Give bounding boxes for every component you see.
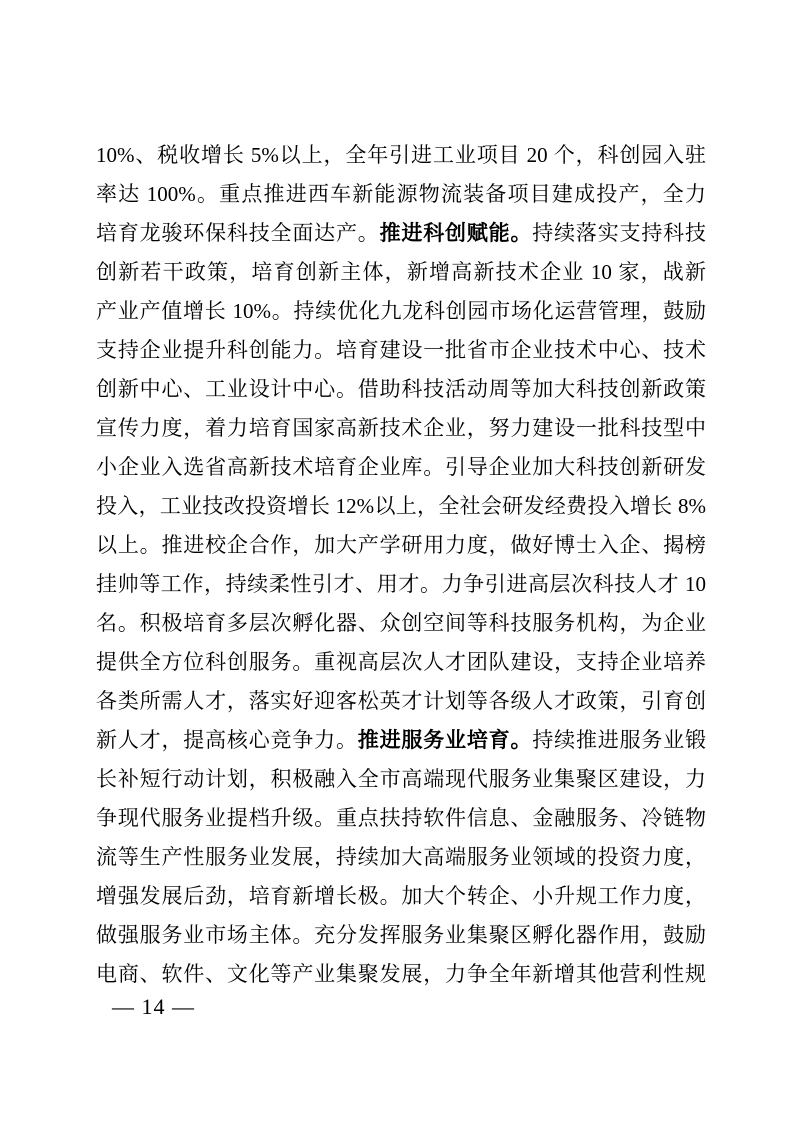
text-run: 名。积极培育多层次孵化器、众创空间等科技服务机构，为企业: [96, 611, 706, 635]
text-line: 提供全方位科创服务。重视高层次人才团队建设，支持企业培养: [96, 643, 706, 682]
text-line: 挂帅等工作，持续柔性引才、用才。力争引进高层次科技人才 10: [96, 565, 706, 604]
text-line: 名。积极培育多层次孵化器、众创空间等科技服务机构，为企业: [96, 604, 706, 643]
text-line: 以上。推进校企合作，加大产学研用力度，做好博士入企、揭榜: [96, 526, 706, 565]
text-run: 流等生产性服务业发展，持续加大高端服务业领域的投资力度，: [96, 845, 706, 869]
text-line: 增强发展后劲，培育新增长极。加大个转企、小升规工作力度，: [96, 877, 706, 916]
text-line: 创新若干政策，培育创新主体，新增高新技术企业 10 家，战新: [96, 253, 706, 292]
text-run: 创新中心、工业设计中心。借助科技活动周等加大科技创新政策: [96, 377, 706, 401]
bold-run-head: 推进服务业培育。: [358, 728, 533, 752]
text-line: 率达 100%。重点推进西车新能源物流装备项目建成投产，全力: [96, 175, 706, 214]
text-line: 小企业入选省高新技术培育企业库。引导企业加大科技创新研发: [96, 448, 706, 487]
text-line: 流等生产性服务业发展，持续加大高端服务业领域的投资力度，: [96, 838, 706, 877]
text-run: 挂帅等工作，持续柔性引才、用才。力争引进高层次科技人才 10: [96, 572, 706, 596]
text-run: 率达 100%。重点推进西车新能源物流装备项目建成投产，全力: [96, 182, 706, 206]
text-line: 宣传力度，着力培育国家高新技术企业，努力建设一批科技型中: [96, 409, 706, 448]
text-line: 长补短行动计划，积极融入全市高端现代服务业集聚区建设，力: [96, 760, 706, 799]
text-run: 支持企业提升科创能力。培育建设一批省市企业技术中心、技术: [96, 338, 706, 362]
text-run: 做强服务业市场主体。充分发挥服务业集聚区孵化器作用，鼓励: [96, 923, 706, 947]
text-line: 创新中心、工业设计中心。借助科技活动周等加大科技创新政策: [96, 370, 706, 409]
text-run: 宣传力度，着力培育国家高新技术企业，努力建设一批科技型中: [96, 416, 706, 440]
text-line: 做强服务业市场主体。充分发挥服务业集聚区孵化器作用，鼓励: [96, 916, 706, 955]
text-run: 新人才，提高核心竞争力。: [96, 728, 358, 752]
text-line: 各类所需人才，落实好迎客松英才计划等各级人才政策，引育创: [96, 682, 706, 721]
text-line: 争现代服务业提档升级。重点扶持软件信息、金融服务、冷链物: [96, 799, 706, 838]
text-run: 电商、软件、文化等产业集聚发展，力争全年新增其他营利性规: [96, 962, 706, 986]
document-page: 10%、税收增长 5%以上，全年引进工业项目 20 个，科创园入驻率达 100%…: [0, 0, 793, 1122]
text-run: 持续落实支持科技: [532, 221, 706, 245]
text-run: 投入，工业技改投资增长 12%以上，全社会研发经费投入增长 8%: [96, 494, 706, 518]
text-line: 培育龙骏环保科技全面达产。推进科创赋能。持续落实支持科技: [96, 214, 706, 253]
bold-run-head: 推进科创赋能。: [380, 221, 533, 245]
text-run: 培育龙骏环保科技全面达产。: [96, 221, 380, 245]
text-run: 提供全方位科创服务。重视高层次人才团队建设，支持企业培养: [96, 650, 706, 674]
text-run: 争现代服务业提档升级。重点扶持软件信息、金融服务、冷链物: [96, 806, 706, 830]
text-line: 支持企业提升科创能力。培育建设一批省市企业技术中心、技术: [96, 331, 706, 370]
text-line: 电商、软件、文化等产业集聚发展，力争全年新增其他营利性规: [96, 955, 706, 994]
text-line: 投入，工业技改投资增长 12%以上，全社会研发经费投入增长 8%: [96, 487, 706, 526]
text-run: 以上。推进校企合作，加大产学研用力度，做好博士入企、揭榜: [96, 533, 706, 557]
text-run: 持续推进服务业锻: [532, 728, 706, 752]
text-run: 增强发展后劲，培育新增长极。加大个转企、小升规工作力度，: [96, 884, 706, 908]
text-line: 10%、税收增长 5%以上，全年引进工业项目 20 个，科创园入驻: [96, 136, 706, 175]
page-number: — 14 —: [112, 993, 195, 1021]
document-body: 10%、税收增长 5%以上，全年引进工业项目 20 个，科创园入驻率达 100%…: [96, 136, 706, 994]
text-run: 长补短行动计划，积极融入全市高端现代服务业集聚区建设，力: [96, 767, 706, 791]
text-run: 小企业入选省高新技术培育企业库。引导企业加大科技创新研发: [96, 455, 706, 479]
text-run: 各类所需人才，落实好迎客松英才计划等各级人才政策，引育创: [96, 689, 706, 713]
text-line: 新人才，提高核心竞争力。推进服务业培育。持续推进服务业锻: [96, 721, 706, 760]
text-run: 创新若干政策，培育创新主体，新增高新技术企业 10 家，战新: [96, 260, 706, 284]
text-run: 10%、税收增长 5%以上，全年引进工业项目 20 个，科创园入驻: [96, 143, 706, 167]
text-run: 产业产值增长 10%。持续优化九龙科创园市场化运营管理，鼓励: [96, 299, 706, 323]
text-line: 产业产值增长 10%。持续优化九龙科创园市场化运营管理，鼓励: [96, 292, 706, 331]
